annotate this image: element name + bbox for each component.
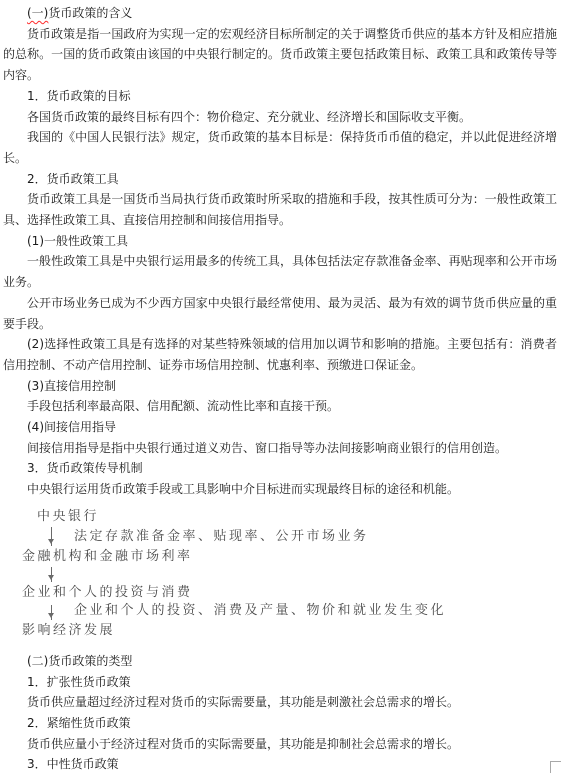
- paragraph: (2)选择性政策工具是有选择的对某些特殊领域的信用加以调节和影响的措施。主要包括…: [3, 334, 557, 375]
- transmission-flow-diagram: 中央银行 法定存款准备金率、贴现率、公开市场业务 金融机构和金融市场利率 企业和…: [3, 509, 557, 639]
- section-heading-2: (二)货币政策的类型: [3, 651, 557, 672]
- subheading-expansionary: 1．扩张性货币政策: [3, 672, 557, 693]
- section-heading-2-title: 货币政策的类型: [48, 654, 132, 668]
- down-arrow-icon: [51, 567, 52, 582]
- spellcheck-squiggle-marker: (一): [27, 6, 48, 20]
- diagram-node-central-bank: 中央银行: [37, 509, 557, 525]
- paragraph: 各国货币政策的最终目标有四个：物价稳定、充分就业、经济增长和国际收支平衡。: [3, 107, 557, 128]
- section-heading-1: (一)货币政策的含义: [3, 3, 557, 24]
- section-heading-2-marker: (二): [27, 654, 48, 668]
- subheading-tools: 2．货币政策工具: [3, 169, 557, 190]
- paragraph: 一般性政策工具是中央银行运用最多的传统工具，具体包括法定存款准备金率、再贴现率和…: [3, 251, 557, 292]
- paragraph: 货币供应量超过经济过程对货币的实际需要量，其功能是刺激社会总需求的增长。: [3, 692, 557, 713]
- down-arrow-icon: [51, 527, 52, 546]
- down-arrow-icon: [51, 605, 52, 620]
- diagram-node-investment-consumption: 企业和个人的投资与消费: [22, 585, 557, 601]
- subheading-indirect-credit-guidance: (4)间接信用指导: [3, 417, 557, 438]
- paragraph: 货币供应量小于经济过程对货币的实际需要量，其功能是抑制社会总需求的增长。: [3, 734, 557, 755]
- section-heading-1-title: 货币政策的含义: [48, 6, 132, 20]
- diagram-node-economic-development: 影响经济发展: [22, 623, 557, 639]
- paragraph: 货币政策工具是一国货币当局执行货币政策时所采取的措施和手段，按其性质可分为：一般…: [3, 189, 557, 230]
- diagram-arrow-row: [51, 567, 557, 582]
- paragraph: 公开市场业务已成为不少西方国家中央银行最经常使用、最为灵活、最为有效的调节货币供…: [3, 293, 557, 334]
- diagram-arrow-label-changes: 企业和个人的投资、消费及产量、物价和就业发生变化: [74, 603, 446, 620]
- paragraph: 我国的《中国人民银行法》规定，货币政策的基本目标是：保持货币币值的稳定，并以此促…: [3, 127, 557, 168]
- subheading-general-tools: (1)一般性政策工具: [3, 231, 557, 252]
- subheading-neutral: 3．中性货币政策: [3, 754, 557, 773]
- diagram-arrow-row: 企业和个人的投资、消费及产量、物价和就业发生变化: [51, 603, 557, 620]
- diagram-arrow-row: 法定存款准备金率、贴现率、公开市场业务: [51, 527, 557, 546]
- paragraph: 货币政策是指一国政府为实现一定的宏观经济目标所制定的关于调整货币供应的基本方针及…: [3, 24, 557, 86]
- paragraph: 手段包括利率最高限、信用配额、流动性比率和直接干预。: [3, 396, 557, 417]
- subheading-transmission-mechanism: 3．货币政策传导机制: [3, 458, 557, 479]
- diagram-arrow-label-policy-tools: 法定存款准备金率、贴现率、公开市场业务: [74, 529, 369, 546]
- subheading-goal: 1．货币政策的目标: [3, 86, 557, 107]
- paragraph: 中央银行运用货币政策手段或工具影响中介目标进而实现最终目标的途径和机能。: [3, 479, 557, 500]
- subheading-contractionary: 2．紧缩性货币政策: [3, 713, 557, 734]
- diagram-node-financial-institutions: 金融机构和金融市场利率: [22, 549, 557, 565]
- text-boundary-corner-mark: [550, 761, 561, 773]
- paragraph: 间接信用指导是指中央银行通过道义劝告、窗口指导等办法间接影响商业银行的信用创造。: [3, 438, 557, 459]
- subheading-direct-credit-control: (3)直接信用控制: [3, 376, 557, 397]
- document-body: (一)货币政策的含义 货币政策是指一国政府为实现一定的宏观经济目标所制定的关于调…: [0, 0, 561, 773]
